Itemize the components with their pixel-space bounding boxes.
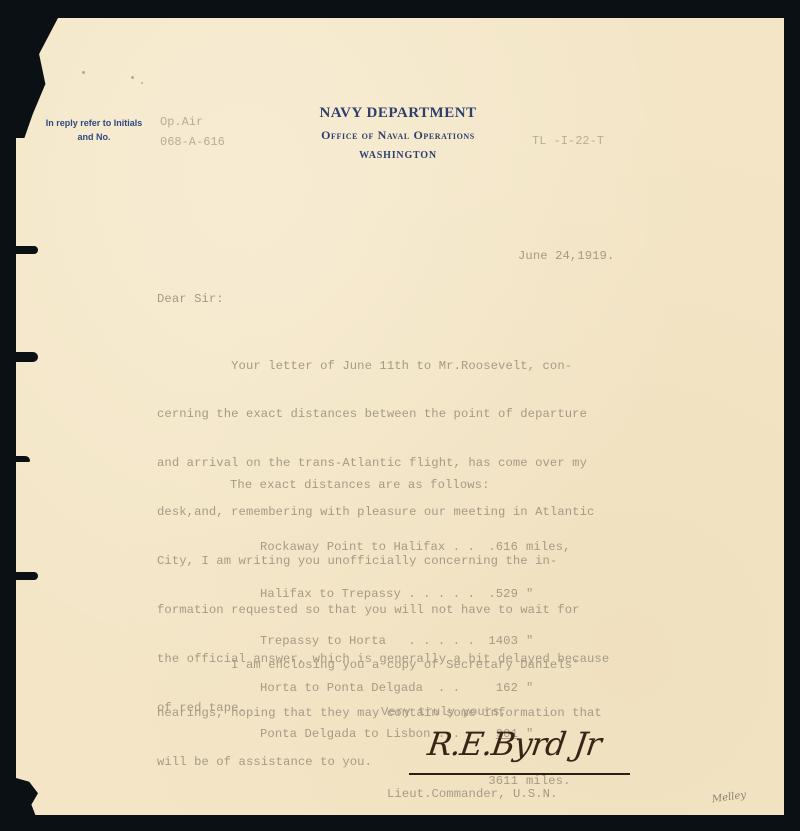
torn-edge-notch	[16, 572, 38, 580]
distance-row: Halifax to Trepassy . . . . . .529 "	[260, 587, 570, 603]
office-city: WASHINGTON	[262, 147, 534, 165]
signature-underline	[409, 773, 630, 775]
letterhead: NAVY DEPARTMENT Office of Naval Operatio…	[262, 103, 534, 165]
reference-code-line-1: Op.Air	[160, 112, 225, 132]
letter-date: June 24,1919.	[518, 249, 614, 263]
salutation: Dear Sir:	[157, 292, 224, 306]
reply-reference-line-2: and No.	[34, 130, 154, 144]
torn-edge-notch	[16, 246, 38, 254]
reply-reference-line-1: In reply refer to Initials	[34, 116, 154, 130]
paragraph-line: Your letter of June 11th to Mr.Roosevelt…	[157, 358, 657, 374]
reply-reference-label: In reply refer to Initials and No.	[34, 116, 154, 144]
office-name: Office of Naval Operations	[262, 123, 534, 147]
distance-unit: "	[518, 587, 533, 603]
signer-title: Lieut.Commander, U.S.N.	[387, 787, 558, 801]
paper-speck	[141, 82, 143, 84]
torn-edge-notch	[16, 352, 38, 362]
paragraph-line: cerning the exact distances between the …	[157, 406, 657, 422]
distance-unit: miles,	[518, 540, 570, 556]
distance-route: Halifax to Trepassy . . . . .	[260, 587, 474, 603]
paragraph-line: and arrival on the trans-Atlantic flight…	[157, 455, 657, 471]
department-name: NAVY DEPARTMENT	[262, 103, 534, 123]
paragraph-line: I am enclosing you a copy of Secretary D…	[157, 657, 657, 673]
file-code: TL -I-22-T	[532, 134, 604, 148]
reference-code: Op.Air 068-A-616	[160, 112, 225, 152]
paper-speck	[82, 71, 85, 74]
closing: Very truly yours,	[381, 705, 507, 719]
torn-edge-notch	[16, 456, 30, 462]
handwritten-signature: R.E.Byrd Jr	[425, 725, 603, 763]
distance-miles: .529	[474, 587, 518, 603]
distance-row: Rockaway Point to Halifax . . .616 miles…	[260, 540, 570, 556]
paper-speck	[131, 76, 134, 79]
distance-miles: .616	[474, 540, 518, 556]
reference-code-line-2: 068-A-616	[160, 132, 225, 152]
distance-route: Rockaway Point to Halifax . .	[260, 540, 474, 556]
distances-intro: The exact distances are as follows:	[230, 478, 489, 492]
